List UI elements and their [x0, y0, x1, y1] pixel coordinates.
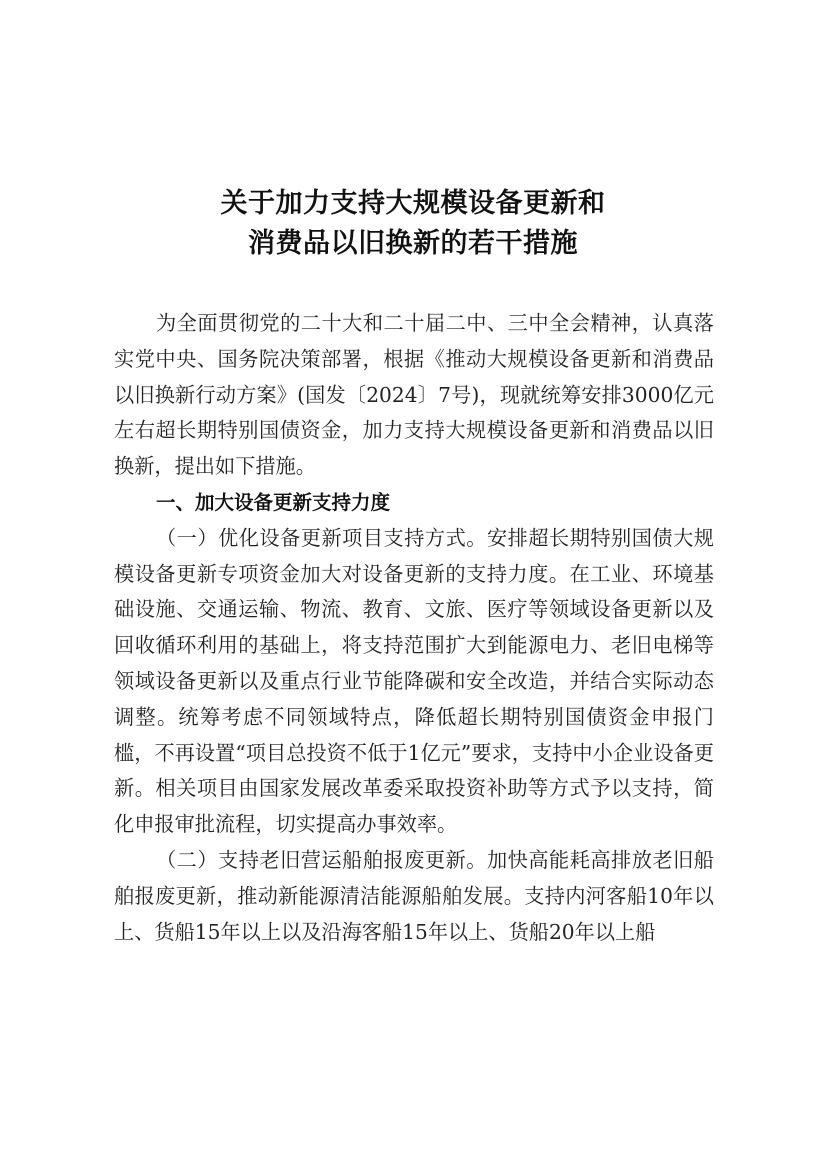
- title-line-2: 消费品以旧换新的若干措施: [0, 224, 826, 264]
- title-line-1: 关于加力支持大规模设备更新和: [0, 184, 826, 224]
- document-page: 关于加力支持大规模设备更新和 消费品以旧换新的若干措施 为全面贯彻党的二十大和二…: [0, 0, 826, 1169]
- intro-paragraph: 为全面贯彻党的二十大和二十届二中、三中全会精神，认真落实党中央、国务院决策部署，…: [114, 306, 714, 485]
- item-paragraph-1: （一）优化设备更新项目支持方式。安排超长期特别国债大规模设备更新专项资金加大对设…: [114, 521, 714, 843]
- item-text-1: 安排超长期特别国债大规模设备更新专项资金加大对设备更新的支持力度。在工业、环境基…: [114, 526, 714, 836]
- item-subheading-2: （二）支持老旧营运船舶报废更新。: [156, 848, 487, 872]
- section-heading-1: 一、加大设备更新支持力度: [114, 485, 714, 521]
- item-subheading-1: （一）优化设备更新项目支持方式。: [156, 526, 487, 550]
- document-body: 为全面贯彻党的二十大和二十届二中、三中全会精神，认真落实党中央、国务院决策部署，…: [114, 306, 714, 950]
- item-paragraph-2: （二）支持老旧营运船舶报废更新。加快高能耗高排放老旧船舶报废更新，推动新能源清洁…: [114, 843, 714, 950]
- document-title: 关于加力支持大规模设备更新和 消费品以旧换新的若干措施: [0, 184, 826, 264]
